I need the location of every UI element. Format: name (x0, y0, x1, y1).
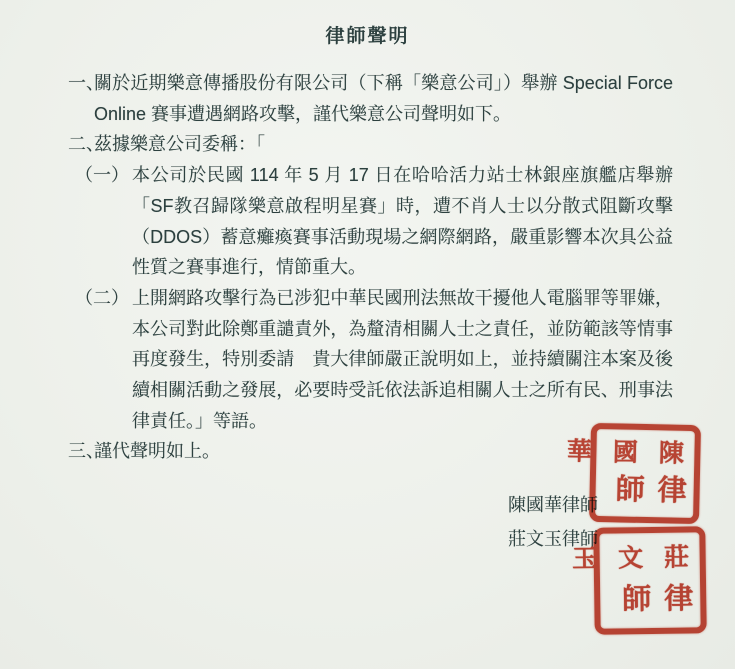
subparagraph-2-1: （一） 本公司於民國 114 年 5 月 17 日在哈哈活力站士林銀座旗艦店舉辦… (75, 160, 673, 283)
red-seal-stamp-zhuang: 莊文玉 律師 (593, 526, 706, 635)
statement-document: 律師聲明 一、 關於近期樂意傳播股份有限公司（下稱「樂意公司」）舉辦 Speci… (0, 0, 735, 669)
paragraph-1-text: 關於近期樂意傳播股份有限公司（下稱「樂意公司」）舉辦 Special Force… (94, 68, 673, 129)
red-seal-stamp-chen: 陳國華 律師 (589, 423, 701, 524)
subparagraph-2-2-text: 上開網路攻擊行為已涉犯中華民國刑法無故干擾他人電腦罪等罪嫌，本公司對此除鄭重譴責… (132, 283, 673, 437)
paragraph-1: 一、 關於近期樂意傳播股份有限公司（下稱「樂意公司」）舉辦 Special Fo… (68, 68, 673, 129)
seal-zhuang-role-column: 律師 (603, 580, 698, 626)
document-body: 一、 關於近期樂意傳播股份有限公司（下稱「樂意公司」）舉辦 Special Fo… (68, 68, 673, 467)
subparagraph-2-1-text: 本公司於民國 114 年 5 月 17 日在哈哈活力站士林銀座旗艦店舉辦「SF教… (132, 160, 673, 283)
list-marker-2-2: （二） (75, 283, 129, 314)
subparagraph-2-2: （二） 上開網路攻擊行為已涉犯中華民國刑法無故干擾他人電腦罪等罪嫌，本公司對此除… (75, 283, 673, 437)
document-title: 律師聲明 (0, 0, 735, 49)
seal-chen-role-column: 律師 (598, 473, 691, 516)
signature-lawyer-chen: 陳國華律師 (0, 488, 598, 522)
seal-zhuang-name-column: 莊文玉 (602, 534, 697, 581)
seal-chen-text: 陳國華 律師 (595, 429, 695, 518)
paragraph-2: 二、 茲據樂意公司委稱：「 (68, 129, 673, 160)
seal-chen-name-column: 陳國華 (599, 431, 692, 475)
signature-lawyer-zhuang: 莊文玉律師 (0, 522, 598, 556)
seal-zhuang-text: 莊文玉 律師 (599, 532, 700, 628)
list-marker-2-1: （一） (75, 160, 129, 191)
paragraph-2-text: 茲據樂意公司委稱：「 (94, 129, 673, 160)
